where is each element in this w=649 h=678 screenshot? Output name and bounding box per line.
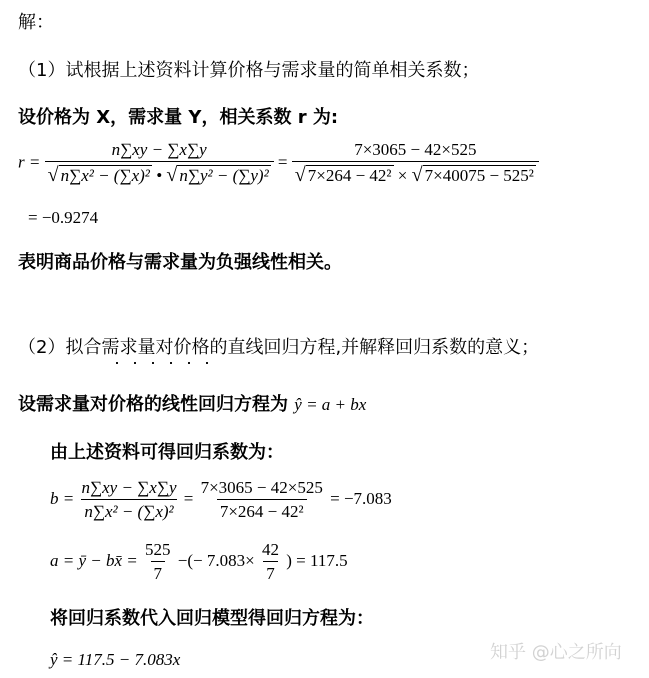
- formula-lhs: r =: [18, 152, 40, 171]
- substituted-fraction: 7×3065 − 42×525 √7×264 − 42² × √7×40075 …: [292, 140, 539, 187]
- question-1-title: （1）试根据上述资料计算价格与需求量的简单相关系数；: [18, 56, 479, 82]
- fraction-denominator: √n∑x² − (∑x)² • √n∑y² − (∑y)²: [45, 161, 274, 187]
- b-formula: b = n∑xy − ∑x∑y n∑x² − (∑x)² = 7×3065 − …: [50, 478, 392, 522]
- watermark: 知乎 @心之所向: [490, 638, 622, 664]
- sqrt-symbol: √: [295, 164, 306, 186]
- regression-model: ŷ = a + bx: [294, 395, 366, 414]
- final-equation: ŷ = 117.5 − 7.083x: [50, 650, 180, 670]
- q2-setup: 设需求量对价格的线性回归方程为 ŷ = a + bx: [18, 390, 366, 416]
- solution-label: 解：: [18, 8, 54, 34]
- correlation-fraction: n∑xy − ∑x∑y √n∑x² − (∑x)² • √n∑y² − (∑y)…: [45, 140, 274, 187]
- coef-intro: 由上述资料可得回归系数为：: [50, 438, 284, 464]
- substitute-text: 将回归系数代入回归模型得回归方程为：: [50, 604, 374, 630]
- sqrt-symbol: √: [166, 164, 177, 186]
- sqrt-symbol: √: [48, 164, 59, 186]
- q1-setup-text: 设价格为 X，需求量 Y，相关系数 r 为:: [18, 103, 338, 129]
- question-2-title: （2）拟合需求量对价格的直线回归方程,并解释回归系数的意义；: [18, 333, 539, 359]
- fraction-numerator: n∑xy − ∑x∑y: [109, 140, 210, 161]
- q1-conclusion: 表明商品价格与需求量为负强线性相关。: [18, 248, 342, 274]
- emphasized-text: 需求量对价格: [101, 337, 209, 358]
- a-formula: a = ȳ − bx̄ = 525 7 −(− 7.083× 42 7 ) = …: [50, 540, 348, 584]
- sqrt-symbol: √: [412, 164, 423, 186]
- correlation-formula: r = n∑xy − ∑x∑y √n∑x² − (∑x)² • √n∑y² − …: [18, 140, 539, 187]
- correlation-result: = −0.9274: [28, 208, 98, 228]
